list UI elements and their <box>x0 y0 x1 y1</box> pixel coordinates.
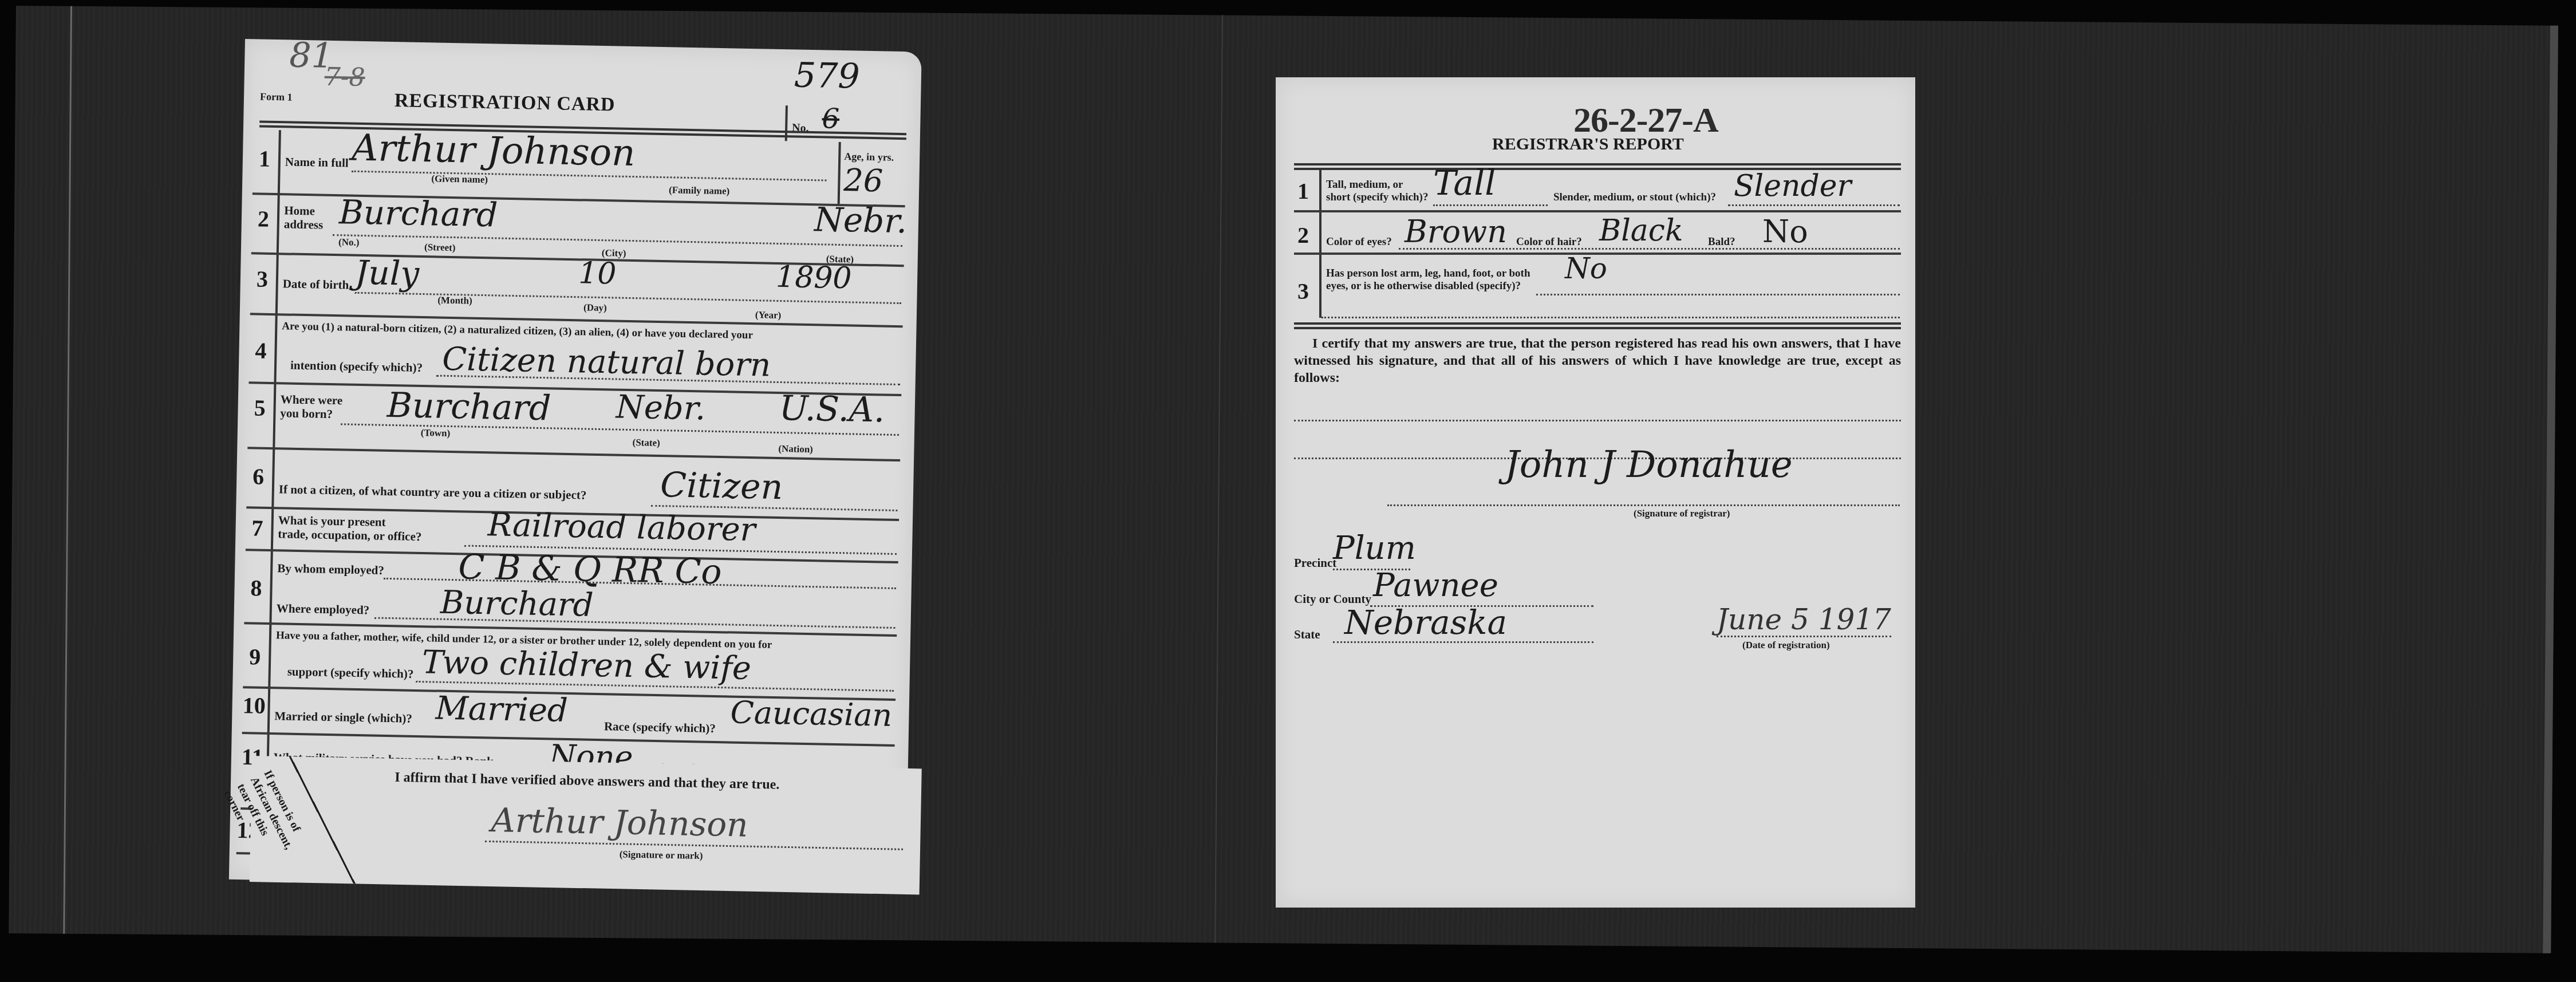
report-title: REGISTRAR'S REPORT <box>1492 135 1684 154</box>
intention-label: intention (specify which)? <box>290 358 423 375</box>
registration-date: June 5 1917 <box>1717 603 1891 636</box>
citizen-of-value: Citizen <box>660 465 783 507</box>
form-label: Form 1 <box>260 91 293 104</box>
fill-line <box>1536 294 1900 295</box>
row-number: 3 <box>1297 278 1309 305</box>
struck-number: 7-8 <box>324 62 365 92</box>
occupation-label-2: trade, occupation, or office? <box>278 526 421 544</box>
marital-value: Married <box>435 690 568 729</box>
registrar-signature-caption: (Signature of registrar) <box>1634 508 1730 519</box>
state-label: State <box>1294 627 1320 642</box>
film-scratch-line <box>1214 15 1223 943</box>
employer-label: By whom employed? <box>277 561 384 578</box>
date-line <box>1717 636 1891 637</box>
caption-state: (State) <box>632 437 660 449</box>
race-label: Race (specify which)? <box>604 719 716 736</box>
caption-nation: (Nation) <box>778 443 813 455</box>
citizen-of-label: If not a citizen, of what country are yo… <box>279 482 587 502</box>
dependents-value: Two children & wife <box>422 644 752 687</box>
row-number: 10 <box>242 692 266 719</box>
home-state-value: Nebr. <box>814 200 907 240</box>
home-city-value: Burchard <box>339 192 498 234</box>
registrant-signature: Arthur Johnson <box>491 800 748 845</box>
row-number: 7 <box>251 514 263 541</box>
row-number: 2 <box>258 205 270 232</box>
caption-street: (Street) <box>424 242 456 254</box>
disability-label-2: eyes, or is he otherwise disabled (speci… <box>1326 279 1521 294</box>
state-value: Nebraska <box>1344 603 1507 642</box>
row-number: 2 <box>1297 222 1309 249</box>
fill-line <box>1294 420 1901 421</box>
name-value: Arthur Johnson <box>352 127 636 175</box>
height-value: Tall <box>1433 163 1496 203</box>
affirmation-text: I affirm that I have verified above answ… <box>395 770 780 793</box>
registration-card-affirmation-area: If person is of African descent, tear of… <box>250 756 922 894</box>
birth-nation-value: U.S.A. <box>779 388 885 431</box>
caption-no: (No.) <box>338 236 360 249</box>
row-rule <box>1294 210 1901 212</box>
marital-label: Married or single (which)? <box>274 708 412 726</box>
caption-town: (Town) <box>421 427 451 439</box>
row-rule <box>1294 322 1901 329</box>
row-number: 6 <box>253 463 265 490</box>
row-number: 5 <box>254 394 266 421</box>
caption-day: (Day) <box>583 302 607 314</box>
fill-line <box>1399 248 1900 250</box>
eye-color-label: Color of eyes? <box>1326 235 1392 250</box>
race-value: Caucasian <box>730 694 893 733</box>
dob-year-value: 1890 <box>776 260 852 296</box>
film-edge <box>2543 26 2558 953</box>
caption-family-name: (Family name) <box>669 184 730 197</box>
row-number: 1 <box>259 145 271 172</box>
caption-year: (Year) <box>755 309 782 321</box>
dob-month-value: July <box>355 253 420 293</box>
signature-caption: (Signature or mark) <box>620 849 703 862</box>
registrars-report-card: 26-2-27-A REGISTRAR'S REPORT 1 Tall, med… <box>1276 77 1915 908</box>
certification-text: I certify that my answers are true, that… <box>1294 335 1901 387</box>
age-value: 26 <box>843 162 883 199</box>
caption-given-name: (Given name) <box>431 173 488 186</box>
height-label-2: short (specify which)? <box>1326 190 1428 205</box>
row-number: 8 <box>250 574 262 601</box>
birth-state-value: Nebr. <box>616 389 706 428</box>
precinct-label: Precinct <box>1294 555 1336 570</box>
divider <box>838 142 841 204</box>
address-label: address <box>284 216 324 232</box>
film-scratch-line <box>63 6 72 934</box>
card-title: REGISTRATION CARD <box>395 90 616 116</box>
eye-color-value: Brown <box>1405 214 1507 250</box>
employment-place-label: Where employed? <box>277 601 370 617</box>
caption-month: (Month) <box>437 295 472 307</box>
row-number: 1 <box>1297 178 1309 204</box>
occupation-value: Railroad laborer <box>487 506 756 549</box>
bald-value: No <box>1762 214 1808 250</box>
support-label: support (specify which)? <box>287 664 414 681</box>
row-number: 3 <box>257 265 269 292</box>
serial-number: 579 <box>794 55 860 96</box>
registrar-signature: John J Donahue <box>1505 444 1793 486</box>
no-value: 6 <box>822 102 840 135</box>
build-value: Slender <box>1734 169 1851 203</box>
row-number: 4 <box>255 337 267 364</box>
dob-day-value: 10 <box>578 256 617 291</box>
number-column-line <box>1319 170 1321 318</box>
signature-line <box>1387 504 1900 506</box>
birth-town-value: Burchard <box>386 385 551 428</box>
employment-place-value: Burchard <box>440 584 594 624</box>
fill-line <box>1728 204 1900 206</box>
build-label: Slender, medium, or stout (which)? <box>1553 190 1716 205</box>
dob-label: Date of birth <box>283 276 349 292</box>
name-label: Name in full <box>285 154 349 170</box>
row-number: 9 <box>249 643 261 670</box>
precinct-value: Plum <box>1333 530 1416 567</box>
fill-line <box>1433 204 1548 206</box>
fill-line <box>1321 317 1900 318</box>
home-label: Home <box>284 203 315 218</box>
hair-color-value: Black <box>1599 214 1683 248</box>
date-caption: (Date of registration) <box>1742 640 1830 651</box>
birthplace-label-2: you born? <box>280 405 333 421</box>
fill-line <box>1333 641 1593 643</box>
county-value: Pawnee <box>1373 567 1498 604</box>
disability-value: No <box>1565 252 1607 285</box>
